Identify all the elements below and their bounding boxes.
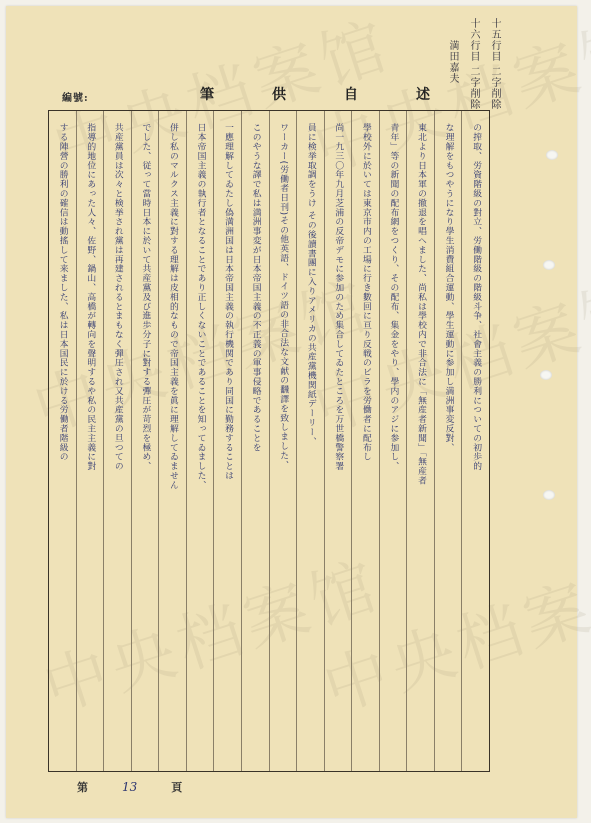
manuscript-column: な理解をもつやうになり學生消費組合運動、學生運動に参加し満洲事変反對、 <box>434 111 462 771</box>
page-prefix: 第 <box>77 779 88 795</box>
handwritten-line: な理解をもつやうになり學生消費組合運動、學生運動に参加し満洲事変反對、 <box>444 123 453 771</box>
manuscript-column: 員に検挙取調をうけ その後讀書團に入りアメリカの共産黨機関紙デーリー、 <box>296 111 324 771</box>
manuscript-column: 學校外に於いては東京市内の工場に行き數回に亘り反戦のビラを労働者に配布し <box>351 111 379 771</box>
manuscript-column: 一應理解してゐたし偽満洲国は日本帝国主義の執行機関であり同国に勤務することは <box>213 111 241 771</box>
handwritten-line: でした、従って當時日本に於いて共産黨及び進歩分子に對する彈圧が苛烈を極め、 <box>141 123 150 771</box>
handwritten-line: の搾取、労資階級の對立、労働階級の階級斗争、社會主義の勝利についての初歩的 <box>471 123 480 771</box>
manuscript-column: 指導的地位にあった人々、佐野、鍋山、高橋が轉向を聲明するや私の民主主義に對 <box>76 111 104 771</box>
handwritten-line: このやうな譯で私は満洲事変が日本帝国主義の不正義の軍事侵略であることを <box>251 123 260 771</box>
handwritten-line: 一應理解してゐたし偽満洲国は日本帝国主義の執行機関であり同国に勤務することは <box>223 123 232 771</box>
manuscript-column: 日本帝国主義の執行者となることであり正しくないことであることを知ってゐました、 <box>186 111 214 771</box>
handwritten-line: 東北より日本軍の撤退を唱へました、尚私は學校内で非合法に「無産者新聞」「無産者 <box>416 123 425 771</box>
punch-hole <box>543 260 555 270</box>
manuscript-column: でした、従って當時日本に於いて共産黨及び進歩分子に對する彈圧が苛烈を極め、 <box>131 111 159 771</box>
form-title: 筆 供 自 述 <box>200 84 430 104</box>
handwritten-line: 日本帝国主義の執行者となることであり正しくないことであることを知ってゐました、 <box>196 123 205 771</box>
punch-hole <box>540 370 552 380</box>
handwritten-line: 共産黨員は次々と検挙され黨は再建されるとまもなく彈圧され又共産黨の旦つての <box>113 123 122 771</box>
handwritten-line: 員に検挙取調をうけ その後讀書團に入りアメリカの共産黨機関紙デーリー、 <box>306 123 315 771</box>
punch-hole <box>546 150 558 160</box>
handwritten-line: 青年」等の新聞の配布網をつくり、その配布、集金をやり、學内のアジに参加し、 <box>389 123 398 771</box>
form-title-char: 自 <box>344 84 358 104</box>
punch-hole <box>543 490 555 500</box>
form-title-char: 述 <box>416 84 430 104</box>
manuscript-grid: の搾取、労資階級の對立、労働階級の階級斗争、社會主義の勝利についての初歩的な理解… <box>48 110 490 772</box>
page-number: 13 <box>122 780 137 794</box>
margin-notes: 十五行目 二字削除 十六行目 二字削除 満田嘉夫 <box>445 18 502 118</box>
manuscript-column: 併し私のマルクス主義に對する理解は皮相的なもので帝国主義を眞に理解してゐません <box>158 111 186 771</box>
handwritten-line: する陣營の勝利の確信は動搖して来ました、私は日本国民に於ける労働者階級の <box>58 123 67 771</box>
manuscript-column: 共産黨員は次々と検挙され黨は再建されるとまもなく彈圧され又共産黨の旦つての <box>103 111 131 771</box>
form-number-label: 編號: <box>62 89 89 104</box>
handwritten-line: 尚一九三〇年九月芝浦の反帝デモに参加のため集合してゐたところを万世橋警察署 <box>334 123 343 771</box>
handwritten-line: ワーカー(労働者日刊)その他英語、ドイツ語の非合法な文献の飜譯を致しました、 <box>278 123 287 771</box>
margin-note-signature: 満田嘉夫 <box>445 18 460 118</box>
manuscript-column: 青年」等の新聞の配布網をつくり、その配布、集金をやり、學内のアジに参加し、 <box>379 111 407 771</box>
manuscript-column: 尚一九三〇年九月芝浦の反帝デモに参加のため集合してゐたところを万世橋警察署 <box>324 111 352 771</box>
form-title-char: 筆 <box>200 84 214 104</box>
manuscript-column: の搾取、労資階級の對立、労働階級の階級斗争、社會主義の勝利についての初歩的 <box>461 111 489 771</box>
manuscript-column: する陣營の勝利の確信は動搖して来ました、私は日本国民に於ける労働者階級の <box>49 111 76 771</box>
handwritten-line: 學校外に於いては東京市内の工場に行き數回に亘り反戦のビラを労働者に配布し <box>361 123 370 771</box>
margin-note: 十六行目 二字削除 <box>466 18 481 118</box>
page-suffix: 頁 <box>171 779 182 795</box>
form-title-char: 供 <box>272 84 286 104</box>
manuscript-column: このやうな譯で私は満洲事変が日本帝国主義の不正義の軍事侵略であることを <box>241 111 269 771</box>
handwritten-line: 指導的地位にあった人々、佐野、鍋山、高橋が轉向を聲明するや私の民主主義に對 <box>85 123 94 771</box>
margin-note: 十五行目 二字削除 <box>487 18 502 118</box>
manuscript-column: 東北より日本軍の撤退を唱へました、尚私は學校内で非合法に「無産者新聞」「無産者 <box>406 111 434 771</box>
manuscript-column: ワーカー(労働者日刊)その他英語、ドイツ語の非合法な文献の飜譯を致しました、 <box>269 111 297 771</box>
handwritten-line: 併し私のマルクス主義に對する理解は皮相的なもので帝国主義を眞に理解してゐません <box>168 123 177 771</box>
page-footer: 第 13 頁 <box>77 779 182 795</box>
